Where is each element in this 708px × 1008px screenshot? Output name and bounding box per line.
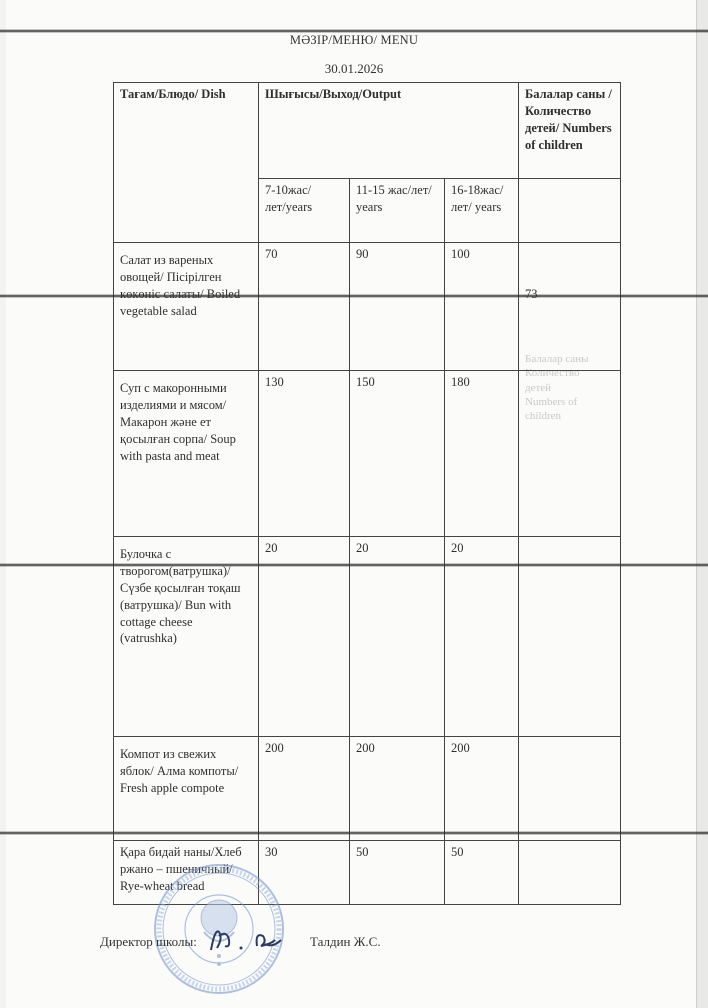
portion-7-10: 20 — [259, 537, 350, 737]
signature-icon — [205, 922, 285, 958]
portion-11-15: 50 — [350, 841, 445, 905]
scan-edge — [696, 0, 708, 1008]
document-title: МӘЗІР/МЕНЮ/ MENU — [0, 33, 708, 48]
document-date: 30.01.2026 — [0, 61, 708, 77]
portion-16-18: 20 — [445, 537, 519, 737]
portion-16-18: 200 — [445, 737, 519, 841]
header-dish: Тағам/Блюдо/ Dish — [114, 83, 259, 243]
portion-11-15: 90 — [350, 243, 445, 371]
header-age-7-10: 7-10жас/лет/years — [259, 179, 350, 243]
header-age-16-18: 16-18жас/лет/ years — [445, 179, 519, 243]
table-row: Салат из вареных овощей/ Пісірілген көкө… — [114, 243, 621, 371]
portion-7-10: 70 — [259, 243, 350, 371]
portion-11-15: 200 — [350, 737, 445, 841]
portion-11-15: 20 — [350, 537, 445, 737]
dish-cell: Булочка с творогом(ватрушка)/ Сүзбе қосы… — [114, 537, 259, 737]
children-count — [519, 737, 621, 841]
dish-cell: Компот из свежих яблок/ Алма компоты/ Fr… — [114, 737, 259, 841]
director-signature-block: Директор школы: Талдин Ж.С. — [100, 934, 197, 950]
portion-16-18: 100 — [445, 243, 519, 371]
header-children-blank — [519, 179, 621, 243]
table-row: Булочка с творогом(ватрушка)/ Сүзбе қосы… — [114, 537, 621, 737]
dish-cell: Суп с макоронными изделиями и мясом/ Мак… — [114, 371, 259, 537]
portion-7-10: 200 — [259, 737, 350, 841]
header-age-11-15: 11-15 жас/лет/ years — [350, 179, 445, 243]
director-label: Директор школы: — [100, 934, 197, 949]
children-count — [519, 371, 621, 537]
director-name: Талдин Ж.С. — [310, 934, 381, 950]
portion-16-18: 180 — [445, 371, 519, 537]
header-children: Балалар саны /Количество детей/ Numbers … — [519, 83, 621, 179]
table-row: Суп с макоронными изделиями и мясом/ Мак… — [114, 371, 621, 537]
children-count — [519, 537, 621, 737]
header-row: Тағам/Блюдо/ Dish Шығысы/Выход/Output Ба… — [114, 83, 621, 179]
dish-cell: Салат из вареных овощей/ Пісірілген көкө… — [114, 243, 259, 371]
children-count: 73 — [519, 243, 621, 371]
portion-16-18: 50 — [445, 841, 519, 905]
header-output: Шығысы/Выход/Output — [259, 83, 519, 179]
portion-11-15: 150 — [350, 371, 445, 537]
menu-table: Тағам/Блюдо/ Dish Шығысы/Выход/Output Ба… — [113, 82, 621, 905]
portion-7-10: 130 — [259, 371, 350, 537]
children-count — [519, 841, 621, 905]
table-row: Компот из свежих яблок/ Алма компоты/ Fr… — [114, 737, 621, 841]
